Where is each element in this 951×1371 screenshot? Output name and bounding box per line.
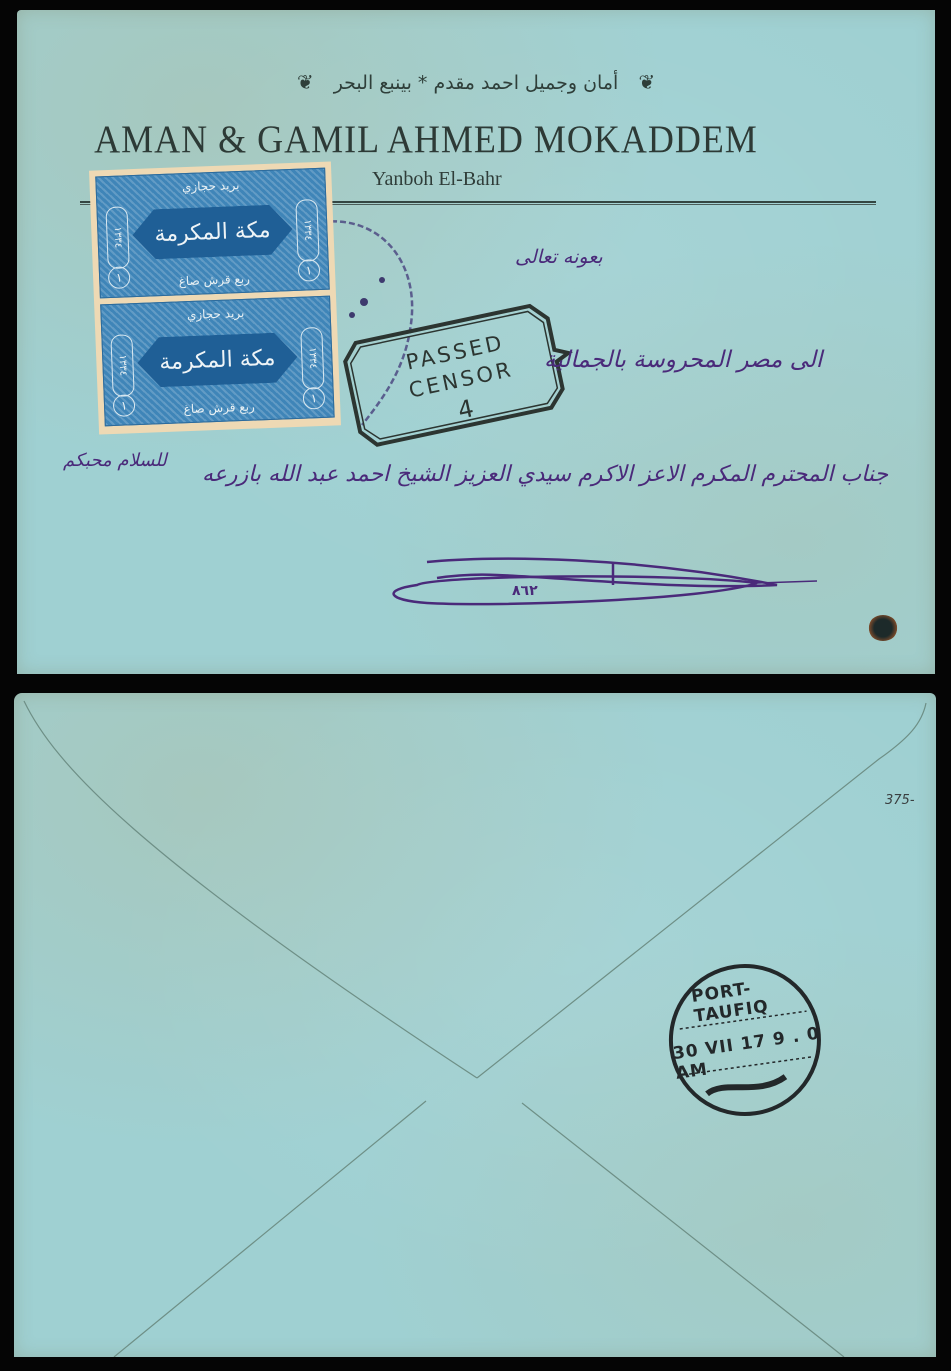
postmark-port-taufiq: PORT-TAUFIQ 30 VII 17 9 . 0 AM (649, 947, 840, 1134)
stamp-year: ١٣٣٤ (110, 334, 134, 397)
stamp-year: ١٣٣٤ (300, 327, 324, 390)
stamp-year: ١٣٣٤ (295, 199, 319, 262)
stamp-center-text: مكة المكرمة (132, 204, 294, 260)
stamp-bottom-text: ربع قرش صاغ (100, 269, 328, 292)
pencil-note: 375- (885, 793, 915, 808)
stamp: بريد حجازي ١٣٣٤ ١٣٣٤ مكة المكرمة ١ ١ ربع… (95, 168, 330, 299)
company-city: Yanboh El-Bahr (372, 168, 572, 191)
handwriting-left-note: للسلام محبكم (63, 450, 167, 471)
stamp-center-text: مكة المكرمة (136, 332, 298, 388)
ink-stain (868, 615, 898, 641)
stamp-pair: بريد حجازي ١٣٣٤ ١٣٣٤ مكة المكرمة ١ ١ ربع… (89, 161, 341, 434)
ornament-icon: ❦ (638, 70, 655, 94)
stamp-year: ١٣٣٤ (105, 206, 129, 269)
handwriting-address-line1: الى مصر المحروسة بالجمالية (544, 347, 822, 373)
stamp-bottom-text: ربع قرش صاغ (105, 397, 333, 420)
stamp-top-text: بريد حجازي (97, 175, 325, 198)
letterhead-arabic: ❦ أمان وجميل احمد مقدم * بينبع البحر ❦ (17, 70, 935, 94)
ornament-icon: ❦ (297, 70, 314, 94)
stamp-top-text: بريد حجازي (101, 303, 329, 326)
company-name: AMAN & GAMIL AHMED MOKADDEM (0, 116, 935, 161)
signature-flourish (377, 545, 827, 615)
stamp: بريد حجازي ١٣٣٤ ١٣٣٤ مكة المكرمة ١ ١ ربع… (100, 296, 335, 427)
handwriting-invocation: بعونه تعالى (515, 246, 603, 268)
envelope-front: ❦ أمان وجميل احمد مقدم * بينبع البحر ❦ A… (17, 10, 935, 674)
letterhead-arabic-text: أمان وجميل احمد مقدم * بينبع البحر (334, 72, 619, 94)
handwriting-address-line2: جناب المحترم المكرم الاعز الاكرم سيدي ال… (202, 462, 888, 487)
signature-number: ٨٦٢ (512, 583, 538, 599)
